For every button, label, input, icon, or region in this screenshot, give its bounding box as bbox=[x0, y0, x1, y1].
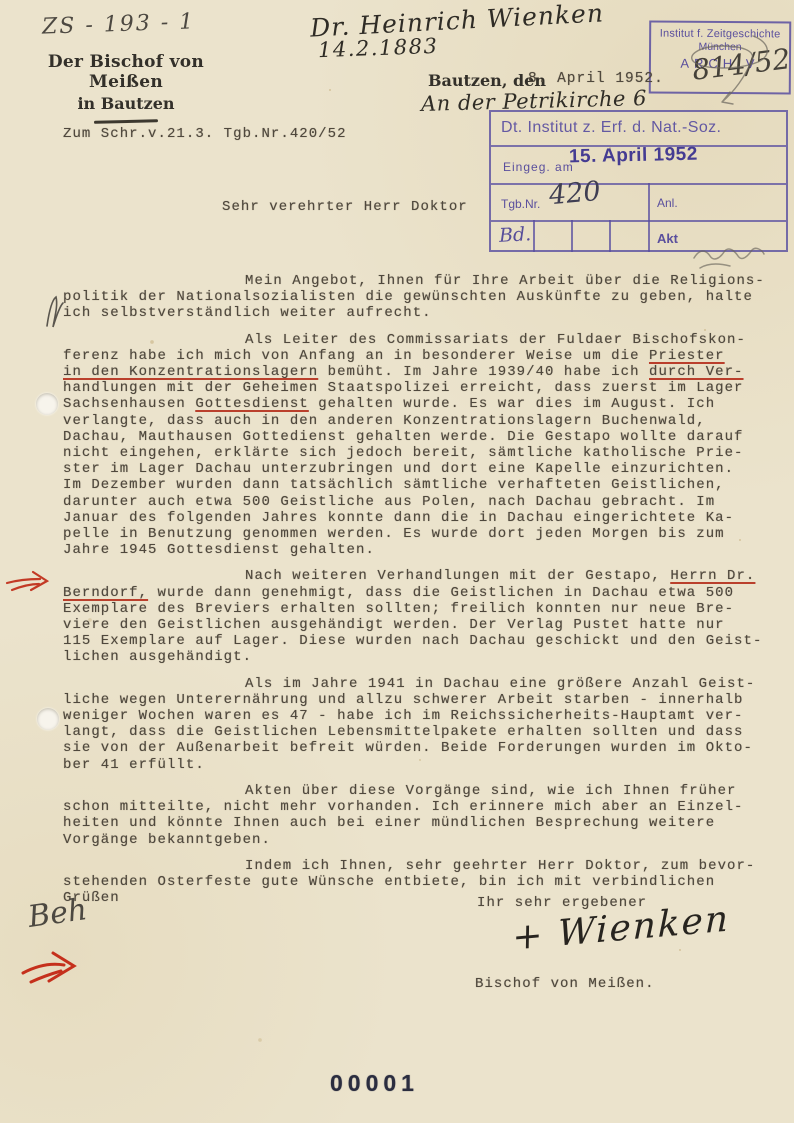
letter-paragraph: Indem ich Ihnen, sehr geehrter Herr Dokt… bbox=[63, 858, 783, 907]
letter-paragraph: Als Leiter des Commissariats der Fuldaer… bbox=[63, 332, 783, 559]
margin-initial-handwriting: Beh bbox=[26, 892, 89, 935]
red-arrow-annotation bbox=[23, 953, 74, 982]
receipt-stamp-anl-label: Anl. bbox=[657, 196, 678, 210]
receipt-stamp-tgb-label: Tgb.Nr. bbox=[501, 197, 540, 211]
letter-paragraph: Mein Angebot, Ihnen für Ihre Arbeit über… bbox=[63, 273, 783, 322]
birth-date-handwriting: 14.2.1883 bbox=[318, 34, 439, 62]
punch-hole bbox=[37, 708, 59, 730]
bd-handwriting: Bd. bbox=[498, 223, 531, 247]
receipt-stamp: Dt. Institut z. Erf. d. Nat.-Soz. Eingeg… bbox=[489, 110, 788, 252]
scanned-letter-page: ZS - 193 - 1 Der Bischof von Meißen in B… bbox=[0, 0, 794, 1123]
letter-body: Mein Angebot, Ihnen für Ihre Arbeit über… bbox=[63, 273, 783, 916]
receipt-stamp-divider bbox=[491, 220, 786, 222]
receipt-stamp-cell-divider bbox=[571, 220, 573, 252]
pencil-margin-mark bbox=[47, 297, 63, 327]
archive-reference-handwriting: ZS - 193 - 1 bbox=[42, 9, 196, 39]
letter-paragraph: Akten über diese Vorgänge sind, wie ich … bbox=[63, 783, 783, 848]
letterhead-rule bbox=[94, 119, 158, 124]
archive-stamp-line1: Institut f. Zeitgeschichte bbox=[651, 28, 789, 41]
receipt-stamp-date: 15. April 1952 bbox=[569, 144, 698, 169]
receipt-stamp-cell-divider bbox=[533, 220, 535, 252]
letterhead: Der Bischof von Meißen in Bautzen bbox=[22, 52, 230, 123]
signer-title: Bischof von Meißen. bbox=[475, 976, 655, 992]
tgb-number-handwriting: 420 bbox=[548, 176, 602, 211]
reference-line: Zum Schr.v.21.3. Tgb.Nr.420/52 bbox=[63, 126, 347, 142]
receipt-stamp-akt-label: Akt bbox=[657, 231, 678, 246]
receipt-stamp-received-label: Eingeg. am bbox=[503, 160, 574, 174]
letterhead-line2: in Bautzen bbox=[22, 94, 230, 113]
letterhead-line1: Der Bischof von Meißen bbox=[22, 52, 230, 92]
receipt-stamp-divider bbox=[491, 183, 786, 185]
receipt-stamp-title: Dt. Institut z. Erf. d. Nat.-Soz. bbox=[501, 119, 721, 137]
letter-paragraph: Als im Jahre 1941 in Dachau eine größere… bbox=[63, 676, 783, 773]
salutation: Sehr verehrter Herr Doktor bbox=[222, 199, 468, 215]
punch-hole bbox=[36, 393, 58, 415]
letter-paragraph: Nach weiteren Verhandlungen mit der Gest… bbox=[63, 568, 783, 665]
receipt-stamp-divider bbox=[648, 183, 650, 252]
page-number-stamp: 00001 bbox=[330, 1070, 419, 1097]
red-arrow-annotation bbox=[7, 572, 47, 590]
dateline-date-typed: 8. April 1952. bbox=[528, 71, 664, 87]
receipt-stamp-cell-divider bbox=[609, 220, 611, 252]
